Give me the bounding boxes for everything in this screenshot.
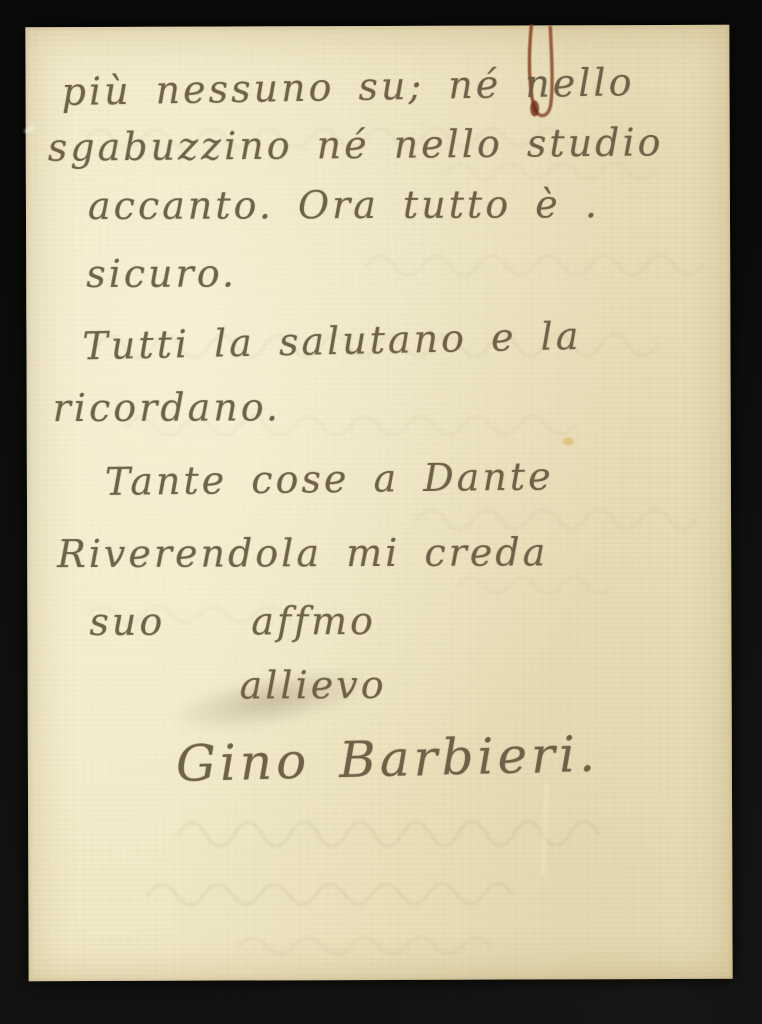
letter-page: più nessuno su; né nello sgabuzzino né n… [25, 25, 732, 981]
handwritten-line: sicuro. [86, 254, 237, 293]
handwritten-line: ricordano. [53, 388, 282, 427]
signature: Gino Barbieri. [175, 729, 599, 789]
handwritten-line: Tante cose a Dante [105, 457, 554, 500]
handwritten-closing-line: suoaffmo [89, 602, 376, 641]
handwritten-closing-line: allievo [240, 666, 387, 705]
handwritten-line: Tutti la salutano e la [82, 317, 582, 365]
closing-word: suo [89, 600, 165, 644]
foxing-spot [563, 437, 574, 445]
handwritten-line: accanto. Ora tutto è . [88, 185, 600, 225]
handwritten-line: sgabuzzino né nello studio [48, 123, 664, 166]
photo-stage: più nessuno su; né nello sgabuzzino né n… [0, 0, 762, 1024]
closing-word: affmo [251, 599, 376, 643]
handwritten-line: Riverendola mi creda [57, 533, 548, 573]
handwritten-line: più nessuno su; né nello [61, 63, 635, 111]
